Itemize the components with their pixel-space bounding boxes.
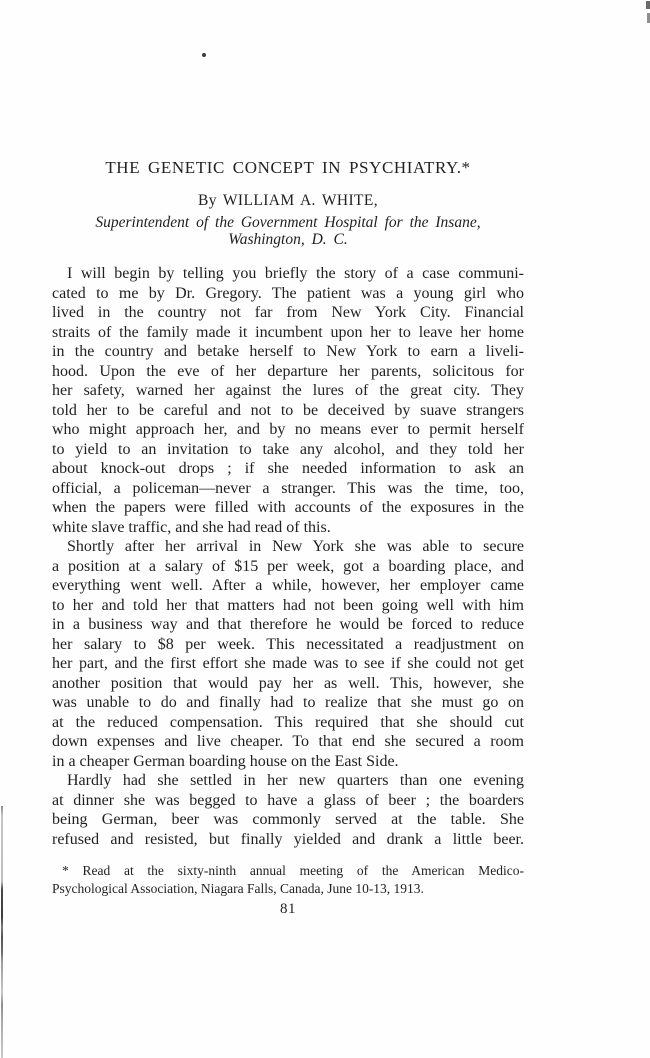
body-line: everything went well. After a while, how… [52,576,524,596]
paragraph: Shortly after her arrival in New York sh… [52,537,524,771]
body-line: down expenses and live cheaper. To that … [52,732,524,752]
article-body: I will begin by telling you briefly the … [52,264,524,849]
body-line: her salary to $8 per week. This necessit… [52,635,524,655]
body-line: who might approach her, and by no means … [52,420,524,440]
body-line: in the country and betake herself to New… [52,342,524,362]
body-line: hood. Upon the eve of her departure her … [52,362,524,382]
paragraph: Hardly had she settled in her new quarte… [52,771,524,849]
body-line: lived in the country not far from New Yo… [52,303,524,323]
author-affiliation-line-2: Washington, D. C. [52,231,524,248]
body-line: her safety, warned her against the lures… [52,381,524,401]
body-line: in a business way and that therefore he … [52,615,524,635]
body-line: when the papers were filled with account… [52,498,524,518]
body-line: refused and resisted, but finally yielde… [52,830,524,850]
footnote-line: Psychological Association, Niagara Falls… [52,880,524,898]
body-line: straits of the family made it incumbent … [52,323,524,343]
body-line: Hardly had she settled in her new quarte… [52,771,524,791]
body-line: another position that would pay her as w… [52,674,524,694]
article-byline: By WILLIAM A. WHITE, [52,192,524,210]
footnote: * Read at the sixty-ninth annual meeting… [52,862,524,898]
body-line: at dinner she was begged to have a glass… [52,791,524,811]
page-number: 81 [52,901,524,918]
body-line: Shortly after her arrival in New York sh… [52,537,524,557]
paragraph: I will begin by telling you briefly the … [52,264,524,537]
scan-artifact-left-edge-line [1,806,3,1058]
article-title: THE GENETIC CONCEPT IN PSYCHIATRY.* [52,158,524,178]
body-line: cated to me by Dr. Gregory. The patient … [52,284,524,304]
author-affiliation-line-1: Superintendent of the Government Hospita… [52,214,524,231]
body-line: white slave traffic, and she had read of… [52,518,524,538]
body-line: I will begin by telling you briefly the … [52,264,524,284]
footnote-line: * Read at the sixty-ninth annual meeting… [52,862,524,880]
body-line: was unable to do and finally had to real… [52,693,524,713]
body-line: her part, and the first effort she made … [52,654,524,674]
body-line: to yield to an invitation to take any al… [52,440,524,460]
body-line: about knock-out drops ; if she needed in… [52,459,524,479]
body-line: to her and told her that matters had not… [52,596,524,616]
scanned-paper-page: THE GENETIC CONCEPT IN PSYCHIATRY.* By W… [0,0,650,1058]
body-line: told her to be careful and not to be dec… [52,401,524,421]
body-line: a position at a salary of $15 per week, … [52,557,524,577]
body-line: in a cheaper German boarding house on th… [52,752,524,772]
article-column: THE GENETIC CONCEPT IN PSYCHIATRY.* By W… [52,0,524,918]
body-line: official, a policeman—never a stranger. … [52,479,524,499]
body-line: being German, beer was commonly served a… [52,810,524,830]
scan-artifact-top-right-mark-1 [646,1,650,9]
body-line: at the reduced compensation. This requir… [52,713,524,733]
